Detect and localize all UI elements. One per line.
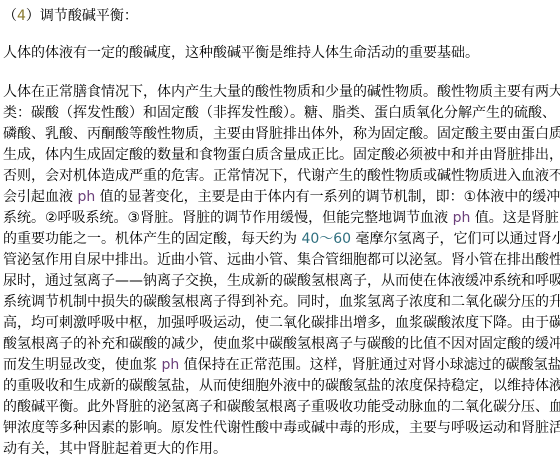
- text-line: 的重要功能之一。机体产生的固定酸，每天约为 40～60 毫摩尔氢离子，它们可以通…: [3, 229, 560, 250]
- text-line: 酸氢根离子的补充和碳酸的减少，使血浆中碳酸氢根离子与碳酸的比值不因对固定酸的缓冲: [3, 334, 560, 355]
- text-line: 动有关，其中肾脏起着更大的作用。: [3, 439, 560, 455]
- text-segment: 管泌氢作用自尿中排出。近曲小管、远曲小管、集合管细胞都可以泌氢。肾小管在排出酸性: [3, 252, 560, 268]
- text-line: 的重吸收和生成新的碳酸氢盐，从而使细胞外液中的碳酸氢盐的浓度保持稳定，以维持体液: [3, 376, 560, 397]
- text-segment: ）调节酸碱平衡：: [26, 8, 138, 24]
- text-line: 管泌氢作用自尿中排出。近曲小管、远曲小管、集合管细胞都可以泌氢。肾小管在排出酸性: [3, 250, 560, 271]
- text-segment: 值的显著变化，主要是由于体内有一系列的调节机制，即：①体液中的缓冲: [95, 189, 560, 205]
- text-line: 否则，会对机体造成严重的危害。正常情况下，代谢产生的酸性物质或碱性物质进入血液不: [3, 166, 560, 187]
- document-body: （4）调节酸碱平衡： 人体的体液有一定的酸碱度，这种酸碱平衡是维持人体生命活动的…: [0, 0, 560, 455]
- text-segment: 否则，会对机体造成严重的危害。正常情况下，代谢产生的酸性物质或碱性物质进入血液不: [3, 168, 560, 184]
- text-line: 尿时，通过氢离子——钠离子交换，生成新的碳酸氢根离子，从而使在体液缓冲系统和呼吸: [3, 271, 560, 292]
- text-line: 类：碳酸（挥发性酸）和固定酸（非挥发性酸）。糖、脂类、蛋白质氧化分解产生的硫酸、: [3, 103, 560, 124]
- text-line: 系统调节机制中损失的碳酸氢根离子得到补充。同时，血浆氢离子浓度和二氧化碳分压的升: [3, 292, 560, 313]
- main-paragraph: 人体在正常膳食情况下，体内产生大量的酸性物质和少量的碱性物质。酸性物质主要有两大…: [3, 82, 560, 455]
- text-segment: 会引起血液: [3, 189, 77, 205]
- text-segment: 的重要功能之一。机体产生的固定酸，每天约为: [3, 231, 301, 247]
- text-line: （4）调节酸碱平衡：: [3, 6, 560, 27]
- text-segment: （: [3, 8, 17, 24]
- text-segment: 类：碳酸（挥发性酸）和固定酸（非挥发性酸）。糖、脂类、蛋白质氧化分解产生的硫酸、: [3, 105, 556, 121]
- text-line: 人体在正常膳食情况下，体内产生大量的酸性物质和少量的碱性物质。酸性物质主要有两大: [3, 82, 560, 103]
- text-segment: 尿时，通过氢离子——钠离子交换，生成新的碳酸氢根离子，从而使在体液缓冲系统和呼吸: [3, 273, 560, 289]
- text-segment: 动有关，其中肾脏起着更大的作用。: [3, 441, 227, 455]
- text-line: 钾浓度等多种因素的影响。原发性代谢性酸中毒或碱中毒的形成，主要与呼吸运动和肾脏活: [3, 418, 560, 439]
- text-line: 的酸碱平衡。此外肾脏的泌氢离子和碳酸氢根离子重吸收功能受动脉血的二氧化碳分压、血: [3, 397, 560, 418]
- text-segment: 值。这是肾脏: [470, 210, 558, 226]
- text-segment: 值保持在正常范围。这样，肾脏通过对肾小球滤过的碳酸氢盐: [179, 357, 560, 373]
- text-line: 而发生明显改变，使血浆 ph 值保持在正常范围。这样，肾脏通过对肾小球滤过的碳酸…: [3, 355, 560, 376]
- text-segment: 高，均可刺激呼吸中枢，加强呼吸运动，使二氧化碳排出增多，血浆碳酸浓度下降。由于碳: [3, 315, 560, 331]
- text-line: 生成，体内生成固定酸的数量和食物蛋白质含量成正比。固定酸必须被中和并由肾脏排出，: [3, 145, 560, 166]
- text-segment: 的酸碱平衡。此外肾脏的泌氢离子和碳酸氢根离子重吸收功能受动脉血的二氧化碳分压、血: [3, 399, 560, 415]
- section-heading: （4）调节酸碱平衡：: [3, 6, 560, 27]
- ph-term: ph: [161, 357, 179, 373]
- ph-term: ph: [77, 189, 95, 205]
- numeric-range: 40～60: [301, 231, 351, 247]
- text-segment: 的重吸收和生成新的碳酸氢盐，从而使细胞外液中的碳酸氢盐的浓度保持稳定，以维持体液: [3, 378, 560, 394]
- text-line: 系统。②呼吸系统。③肾脏。肾脏的调节作用缓慢，但能完整地调节血液 ph 值。这是…: [3, 208, 560, 229]
- text-segment: 系统。②呼吸系统。③肾脏。肾脏的调节作用缓慢，但能完整地调节血液: [3, 210, 453, 226]
- text-segment: 生成，体内生成固定酸的数量和食物蛋白质含量成正比。固定酸必须被中和并由肾脏排出，: [3, 147, 560, 163]
- intro-paragraph: 人体的体液有一定的酸碱度，这种酸碱平衡是维持人体生命活动的重要基础。: [3, 43, 560, 64]
- text-segment: 毫摩尔氢离子，它们可以通过肾小: [351, 231, 560, 247]
- text-segment: 酸氢根离子的补充和碳酸的减少，使血浆中碳酸氢根离子与碳酸的比值不因对固定酸的缓冲: [3, 336, 560, 352]
- text-line: 磷酸、乳酸、丙酮酸等酸性物质，主要由肾脏排出体外，称为固定酸。固定酸主要由蛋白质: [3, 124, 560, 145]
- text-line: 高，均可刺激呼吸中枢，加强呼吸运动，使二氧化碳排出增多，血浆碳酸浓度下降。由于碳: [3, 313, 560, 334]
- ph-term: ph: [453, 210, 471, 226]
- text-segment: 人体在正常膳食情况下，体内产生大量的酸性物质和少量的碱性物质。酸性物质主要有两大: [3, 84, 560, 100]
- text-segment: 磷酸、乳酸、丙酮酸等酸性物质，主要由肾脏排出体外，称为固定酸。固定酸主要由蛋白质: [3, 126, 560, 142]
- heading-number: 4: [17, 8, 26, 24]
- text-segment: 而发生明显改变，使血浆: [3, 357, 161, 373]
- text-segment: 钾浓度等多种因素的影响。原发性代谢性酸中毒或碱中毒的形成，主要与呼吸运动和肾脏活: [3, 420, 560, 436]
- text-segment: 系统调节机制中损失的碳酸氢根离子得到补充。同时，血浆氢离子浓度和二氧化碳分压的升: [3, 294, 560, 310]
- text-line: 会引起血液 ph 值的显著变化，主要是由于体内有一系列的调节机制，即：①体液中的…: [3, 187, 560, 208]
